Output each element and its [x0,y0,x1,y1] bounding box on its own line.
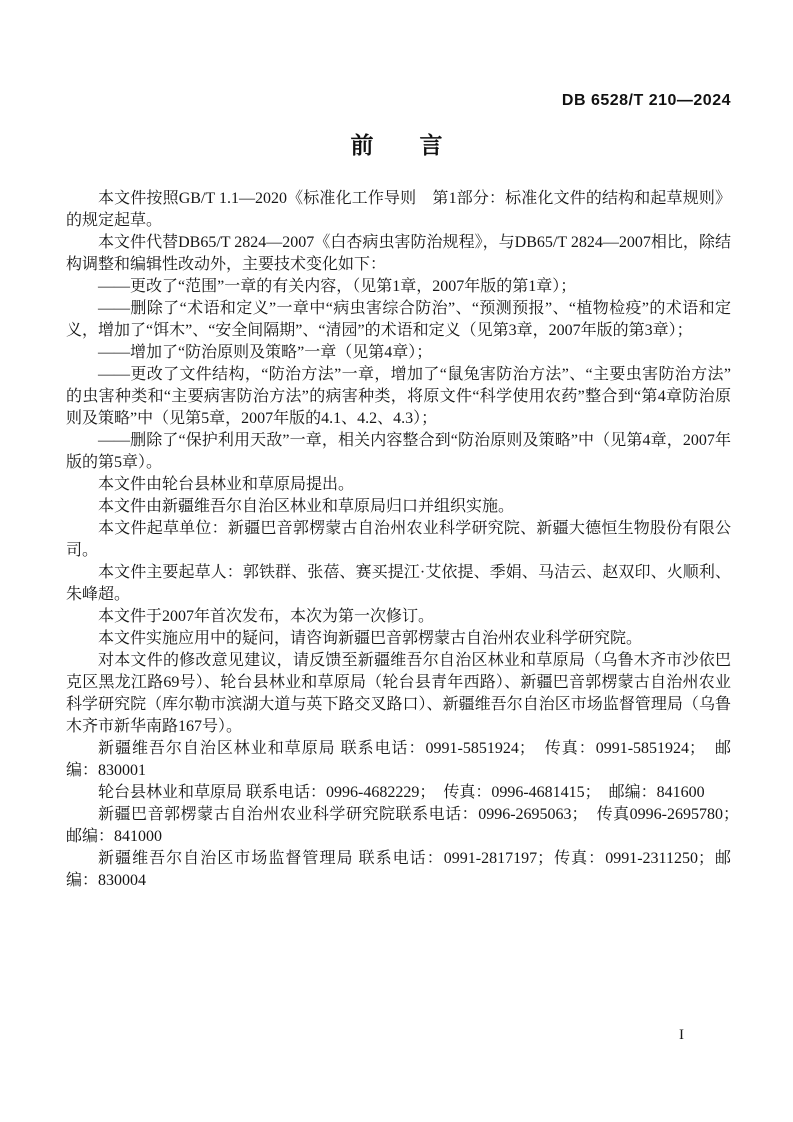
paragraph-change-principles: ——增加了“防治原则及策略”一章（见第4章）； [66,342,731,364]
contact-line-agri-academy: 新疆巴音郭楞蒙古自治州农业科学研究院联系电话：0996-2695063； 传真0… [66,804,731,848]
paragraph-revision-history: 本文件于2007年首次发布，本次为第一次修订。 [66,606,731,628]
paragraph-basis: 本文件按照GB/T 1.1—2020《标准化工作导则 第1部分：标准化文件的结构… [66,188,731,232]
contact-line-market-regulation: 新疆维吾尔自治区市场监督管理局 联系电话：0991-2817197；传真：099… [66,848,731,892]
contact-line-luntai-bureau: 轮台县林业和草原局 联系电话：0996-4682229； 传真：0996-468… [66,782,731,804]
foreword-body: 本文件按照GB/T 1.1—2020《标准化工作导则 第1部分：标准化文件的结构… [66,188,731,892]
paragraph-change-terms: ——删除了“术语和定义”一章中“病虫害综合防治”、“预测预报”、“植物检疫”的术… [66,298,731,342]
paragraph-proposer: 本文件由轮台县林业和草原局提出。 [66,474,731,496]
paragraph-replacement: 本文件代替DB65/T 2824—2007《白杏病虫害防治规程》，与DB65/T… [66,232,731,276]
contact-line-forestry-bureau: 新疆维吾尔自治区林业和草原局 联系电话：0991-5851924； 传真：099… [66,738,731,782]
page-title: 前 言 [0,127,793,160]
paragraph-feedback: 对本文件的修改意见建议，请反馈至新疆维吾尔自治区林业和草原局（乌鲁木齐市沙依巴克… [66,650,731,738]
paragraph-centralized-by: 本文件由新疆维吾尔自治区林业和草原局归口并组织实施。 [66,496,731,518]
standard-code: DB 6528/T 210—2024 [562,92,731,110]
paragraph-change-structure: ——更改了文件结构，“防治方法”一章，增加了“鼠兔害防治方法”、“主要虫害防治方… [66,364,731,430]
paragraph-change-enemies: ——删除了“保护利用天敌”一章，相关内容整合到“防治原则及策略”中（见第4章，2… [66,430,731,474]
paragraph-drafting-units: 本文件起草单位：新疆巴音郭楞蒙古自治州农业科学研究院、新疆大德恒生物股份有限公司… [66,518,731,562]
paragraph-inquiry: 本文件实施应用中的疑问，请咨询新疆巴音郭楞蒙古自治州农业科学研究院。 [66,628,731,650]
paragraph-drafters: 本文件主要起草人：郭铁群、张蓓、赛买提江·艾依提、季娟、马洁云、赵双印、火顺利、… [66,562,731,606]
document-page: DB 6528/T 210—2024 前 言 本文件按照GB/T 1.1—202… [0,0,793,1122]
paragraph-change-scope: ——更改了“范围”一章的有关内容，（见第1章，2007年版的第1章）； [66,276,731,298]
page-number: I [679,1027,684,1044]
